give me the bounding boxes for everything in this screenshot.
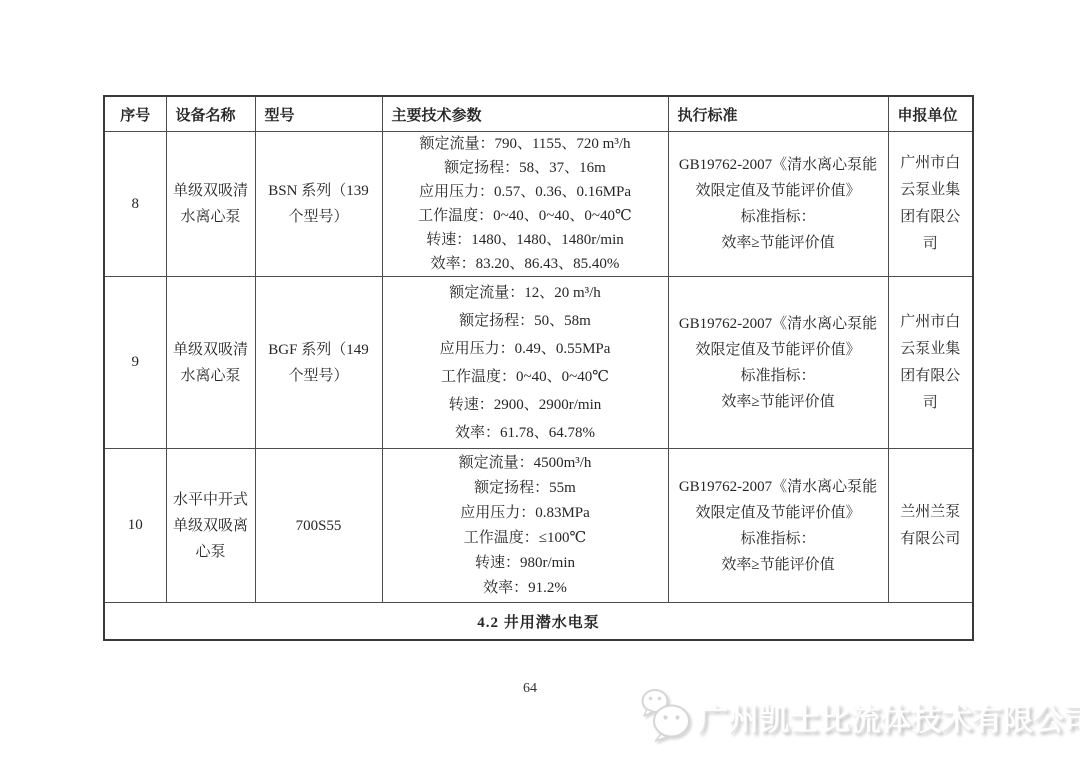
- standard-line: GB19762-2007《清水离心泵能效限定值及节能评价值》: [675, 311, 882, 363]
- parameter-line: 工作温度：≤100℃: [389, 526, 662, 551]
- standard-line: GB19762-2007《清水离心泵能效限定值及节能评价值》: [675, 474, 882, 526]
- table-row: 10 水平中开式单级双吸离心泵 700S55 额定流量：4500m³/h 额定扬…: [104, 449, 973, 603]
- device-name: 单级双吸清水离心泵: [166, 132, 255, 277]
- parameter-line: 应用压力：0.49、0.55MPa: [389, 335, 662, 363]
- standard-line: 效率≥节能评价值: [675, 552, 882, 578]
- row-index: 9: [104, 277, 166, 449]
- section-header-row: 4.2 井用潜水电泵: [104, 603, 973, 641]
- table-header-row: 序号 设备名称 型号 主要技术参数 执行标准 申报单位: [104, 96, 973, 132]
- table-row: 8 单级双吸清水离心泵 BSN 系列（139 个型号） 额定流量：790、115…: [104, 132, 973, 277]
- row-index: 8: [104, 132, 166, 277]
- parameter-line: 转速：2900、2900r/min: [389, 391, 662, 419]
- standard-line: 标准指标：: [675, 526, 882, 552]
- row-index: 10: [104, 449, 166, 603]
- header-device-name: 设备名称: [166, 96, 255, 132]
- header-index: 序号: [104, 96, 166, 132]
- standard-line: GB19762-2007《清水离心泵能效限定值及节能评价值》: [675, 152, 882, 204]
- device-name: 水平中开式单级双吸离心泵: [166, 449, 255, 603]
- header-model: 型号: [255, 96, 382, 132]
- applicant: 广州市白云泵业集团有限公司: [888, 277, 973, 449]
- standard-cell: GB19762-2007《清水离心泵能效限定值及节能评价值》 标准指标： 效率≥…: [668, 277, 888, 449]
- standard-cell: GB19762-2007《清水离心泵能效限定值及节能评价值》 标准指标： 效率≥…: [668, 449, 888, 603]
- parameter-line: 额定扬程：58、37、16m: [389, 156, 662, 180]
- document-page: 序号 设备名称 型号 主要技术参数 执行标准 申报单位 8 单级双吸清水离心泵 …: [0, 0, 1080, 764]
- parameter-line: 工作温度：0~40、0~40、0~40℃: [389, 204, 662, 228]
- watermark-text: 广州凯士比流体技术有限公司: [698, 695, 1080, 739]
- parameter-line: 应用压力：0.57、0.36、0.16MPa: [389, 180, 662, 204]
- model: BGF 系列（149 个型号）: [255, 277, 382, 449]
- parameter-line: 效率：61.78、64.78%: [389, 419, 662, 447]
- header-parameters: 主要技术参数: [382, 96, 668, 132]
- standard-cell: GB19762-2007《清水离心泵能效限定值及节能评价值》 标准指标： 效率≥…: [668, 132, 888, 277]
- parameter-line: 转速：980r/min: [389, 551, 662, 576]
- device-name: 单级双吸清水离心泵: [166, 277, 255, 449]
- header-applicant: 申报单位: [888, 96, 973, 132]
- parameter-line: 效率：83.20、86.43、85.40%: [389, 252, 662, 276]
- parameter-line: 额定流量：12、20 m³/h: [389, 279, 662, 307]
- section-title: 4.2 井用潜水电泵: [104, 603, 973, 641]
- wechat-icon: [640, 688, 692, 747]
- parameters-cell: 额定流量：12、20 m³/h 额定扬程：50、58m 应用压力：0.49、0.…: [382, 277, 668, 449]
- applicant: 兰州兰泵有限公司: [888, 449, 973, 603]
- parameter-line: 转速：1480、1480、1480r/min: [389, 228, 662, 252]
- parameter-line: 工作温度：0~40、0~40℃: [389, 363, 662, 391]
- header-standard: 执行标准: [668, 96, 888, 132]
- standard-line: 标准指标：: [675, 204, 882, 230]
- standard-line: 标准指标：: [675, 363, 882, 389]
- page-number: 64: [500, 681, 560, 697]
- parameter-line: 效率：91.2%: [389, 576, 662, 601]
- watermark: 广州凯士比流体技术有限公司: [640, 688, 1080, 746]
- parameters-cell: 额定流量：790、1155、720 m³/h 额定扬程：58、37、16m 应用…: [382, 132, 668, 277]
- model: BSN 系列（139 个型号）: [255, 132, 382, 277]
- parameter-line: 额定流量：790、1155、720 m³/h: [389, 132, 662, 156]
- standard-line: 效率≥节能评价值: [675, 230, 882, 256]
- parameter-line: 额定扬程：50、58m: [389, 307, 662, 335]
- table-row: 9 单级双吸清水离心泵 BGF 系列（149 个型号） 额定流量：12、20 m…: [104, 277, 973, 449]
- model: 700S55: [255, 449, 382, 603]
- equipment-table: 序号 设备名称 型号 主要技术参数 执行标准 申报单位 8 单级双吸清水离心泵 …: [103, 95, 974, 641]
- parameter-line: 额定扬程：55m: [389, 476, 662, 501]
- parameter-line: 应用压力：0.83MPa: [389, 501, 662, 526]
- standard-line: 效率≥节能评价值: [675, 389, 882, 415]
- parameter-line: 额定流量：4500m³/h: [389, 451, 662, 476]
- parameters-cell: 额定流量：4500m³/h 额定扬程：55m 应用压力：0.83MPa 工作温度…: [382, 449, 668, 603]
- applicant: 广州市白云泵业集团有限公司: [888, 132, 973, 277]
